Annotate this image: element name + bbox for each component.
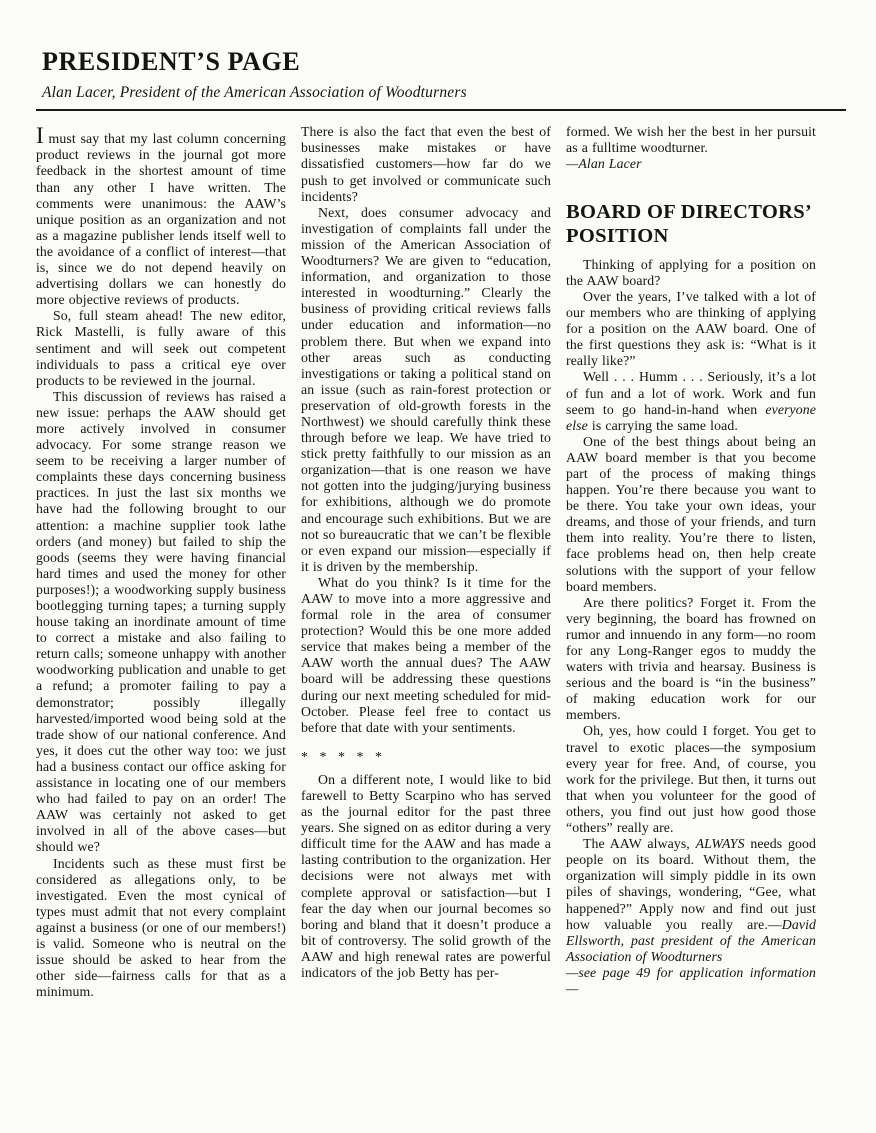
text-run: This discussion of reviews has raised a …: [36, 389, 286, 855]
paragraph: The AAW always, ALWAYS needs good people…: [566, 836, 816, 965]
paragraph: Next, does consumer advocacy and investi…: [301, 205, 551, 575]
text-run: must say that my last column concerning …: [36, 131, 286, 307]
paragraph: —Alan Lacer: [566, 156, 816, 172]
text-run: What do you think? Is it time for the AA…: [301, 575, 551, 735]
paragraph: Over the years, I’ve talked with a lot o…: [566, 289, 816, 369]
paragraph: On a different note, I would like to bid…: [301, 772, 551, 981]
paragraph: So, full steam ahead! The new editor, Ri…: [36, 308, 286, 388]
byline: Alan Lacer, President of the American As…: [42, 84, 846, 102]
initial-cap: I: [36, 123, 44, 148]
header-rule-divider: [36, 109, 846, 111]
paragraph: —see page 49 for application information…: [566, 965, 816, 997]
section-separator-stars: * * * * *: [301, 750, 551, 766]
text-column-1: I must say that my last column concernin…: [36, 124, 286, 1000]
masthead: PRESIDENT’S PAGE Alan Lacer, President o…: [36, 48, 846, 102]
text-run: is carrying the same load.: [588, 418, 738, 433]
text-run: formed. We wish her the best in her purs…: [566, 124, 816, 155]
paragraph: Incidents such as these must first be co…: [36, 856, 286, 1001]
paragraph: There is also the fact that even the bes…: [301, 124, 551, 204]
text-run: Next, does consumer advocacy and investi…: [301, 205, 551, 574]
text-run: ALWAYS: [696, 836, 745, 851]
paragraph: formed. We wish her the best in her purs…: [566, 124, 816, 156]
text-column-2: There is also the fact that even the bes…: [301, 124, 551, 1000]
text-run: On a different note, I would like to bid…: [301, 772, 551, 980]
text-run: So, full steam ahead! The new editor, Ri…: [36, 308, 286, 387]
paragraph: This discussion of reviews has raised a …: [36, 389, 286, 856]
text-run: One of the best things about being an AA…: [566, 434, 816, 594]
text-run: —see page 49 for application information…: [566, 965, 816, 996]
journal-page: PRESIDENT’S PAGE Alan Lacer, President o…: [0, 0, 876, 1133]
text-run: The AAW always,: [583, 836, 696, 851]
text-run: —Alan Lacer: [566, 156, 642, 171]
page-title: PRESIDENT’S PAGE: [42, 48, 846, 75]
text-run: Over the years, I’ve talked with a lot o…: [566, 289, 816, 368]
paragraph: I must say that my last column concernin…: [36, 124, 286, 308]
text-column-3: formed. We wish her the best in her purs…: [566, 124, 816, 1000]
paragraph: Well . . . Humm . . . Seriously, it’s a …: [566, 369, 816, 433]
paragraph: Are there politics? Forget it. From the …: [566, 595, 816, 724]
section-heading: BOARD OF DIRECTORS’ POSITION: [566, 200, 816, 249]
paragraph: Thinking of applying for a position on t…: [566, 257, 816, 289]
text-run: Are there politics? Forget it. From the …: [566, 595, 816, 723]
paragraph: Oh, yes, how could I forget. You get to …: [566, 723, 816, 836]
paragraph: One of the best things about being an AA…: [566, 434, 816, 595]
text-run: Thinking of applying for a position on t…: [566, 257, 816, 288]
text-run: There is also the fact that even the bes…: [301, 124, 551, 203]
text-run: Oh, yes, how could I forget. You get to …: [566, 723, 816, 835]
paragraph: What do you think? Is it time for the AA…: [301, 575, 551, 736]
text-run: Incidents such as these must first be co…: [36, 856, 286, 1000]
article-columns: I must say that my last column concernin…: [36, 124, 846, 1000]
